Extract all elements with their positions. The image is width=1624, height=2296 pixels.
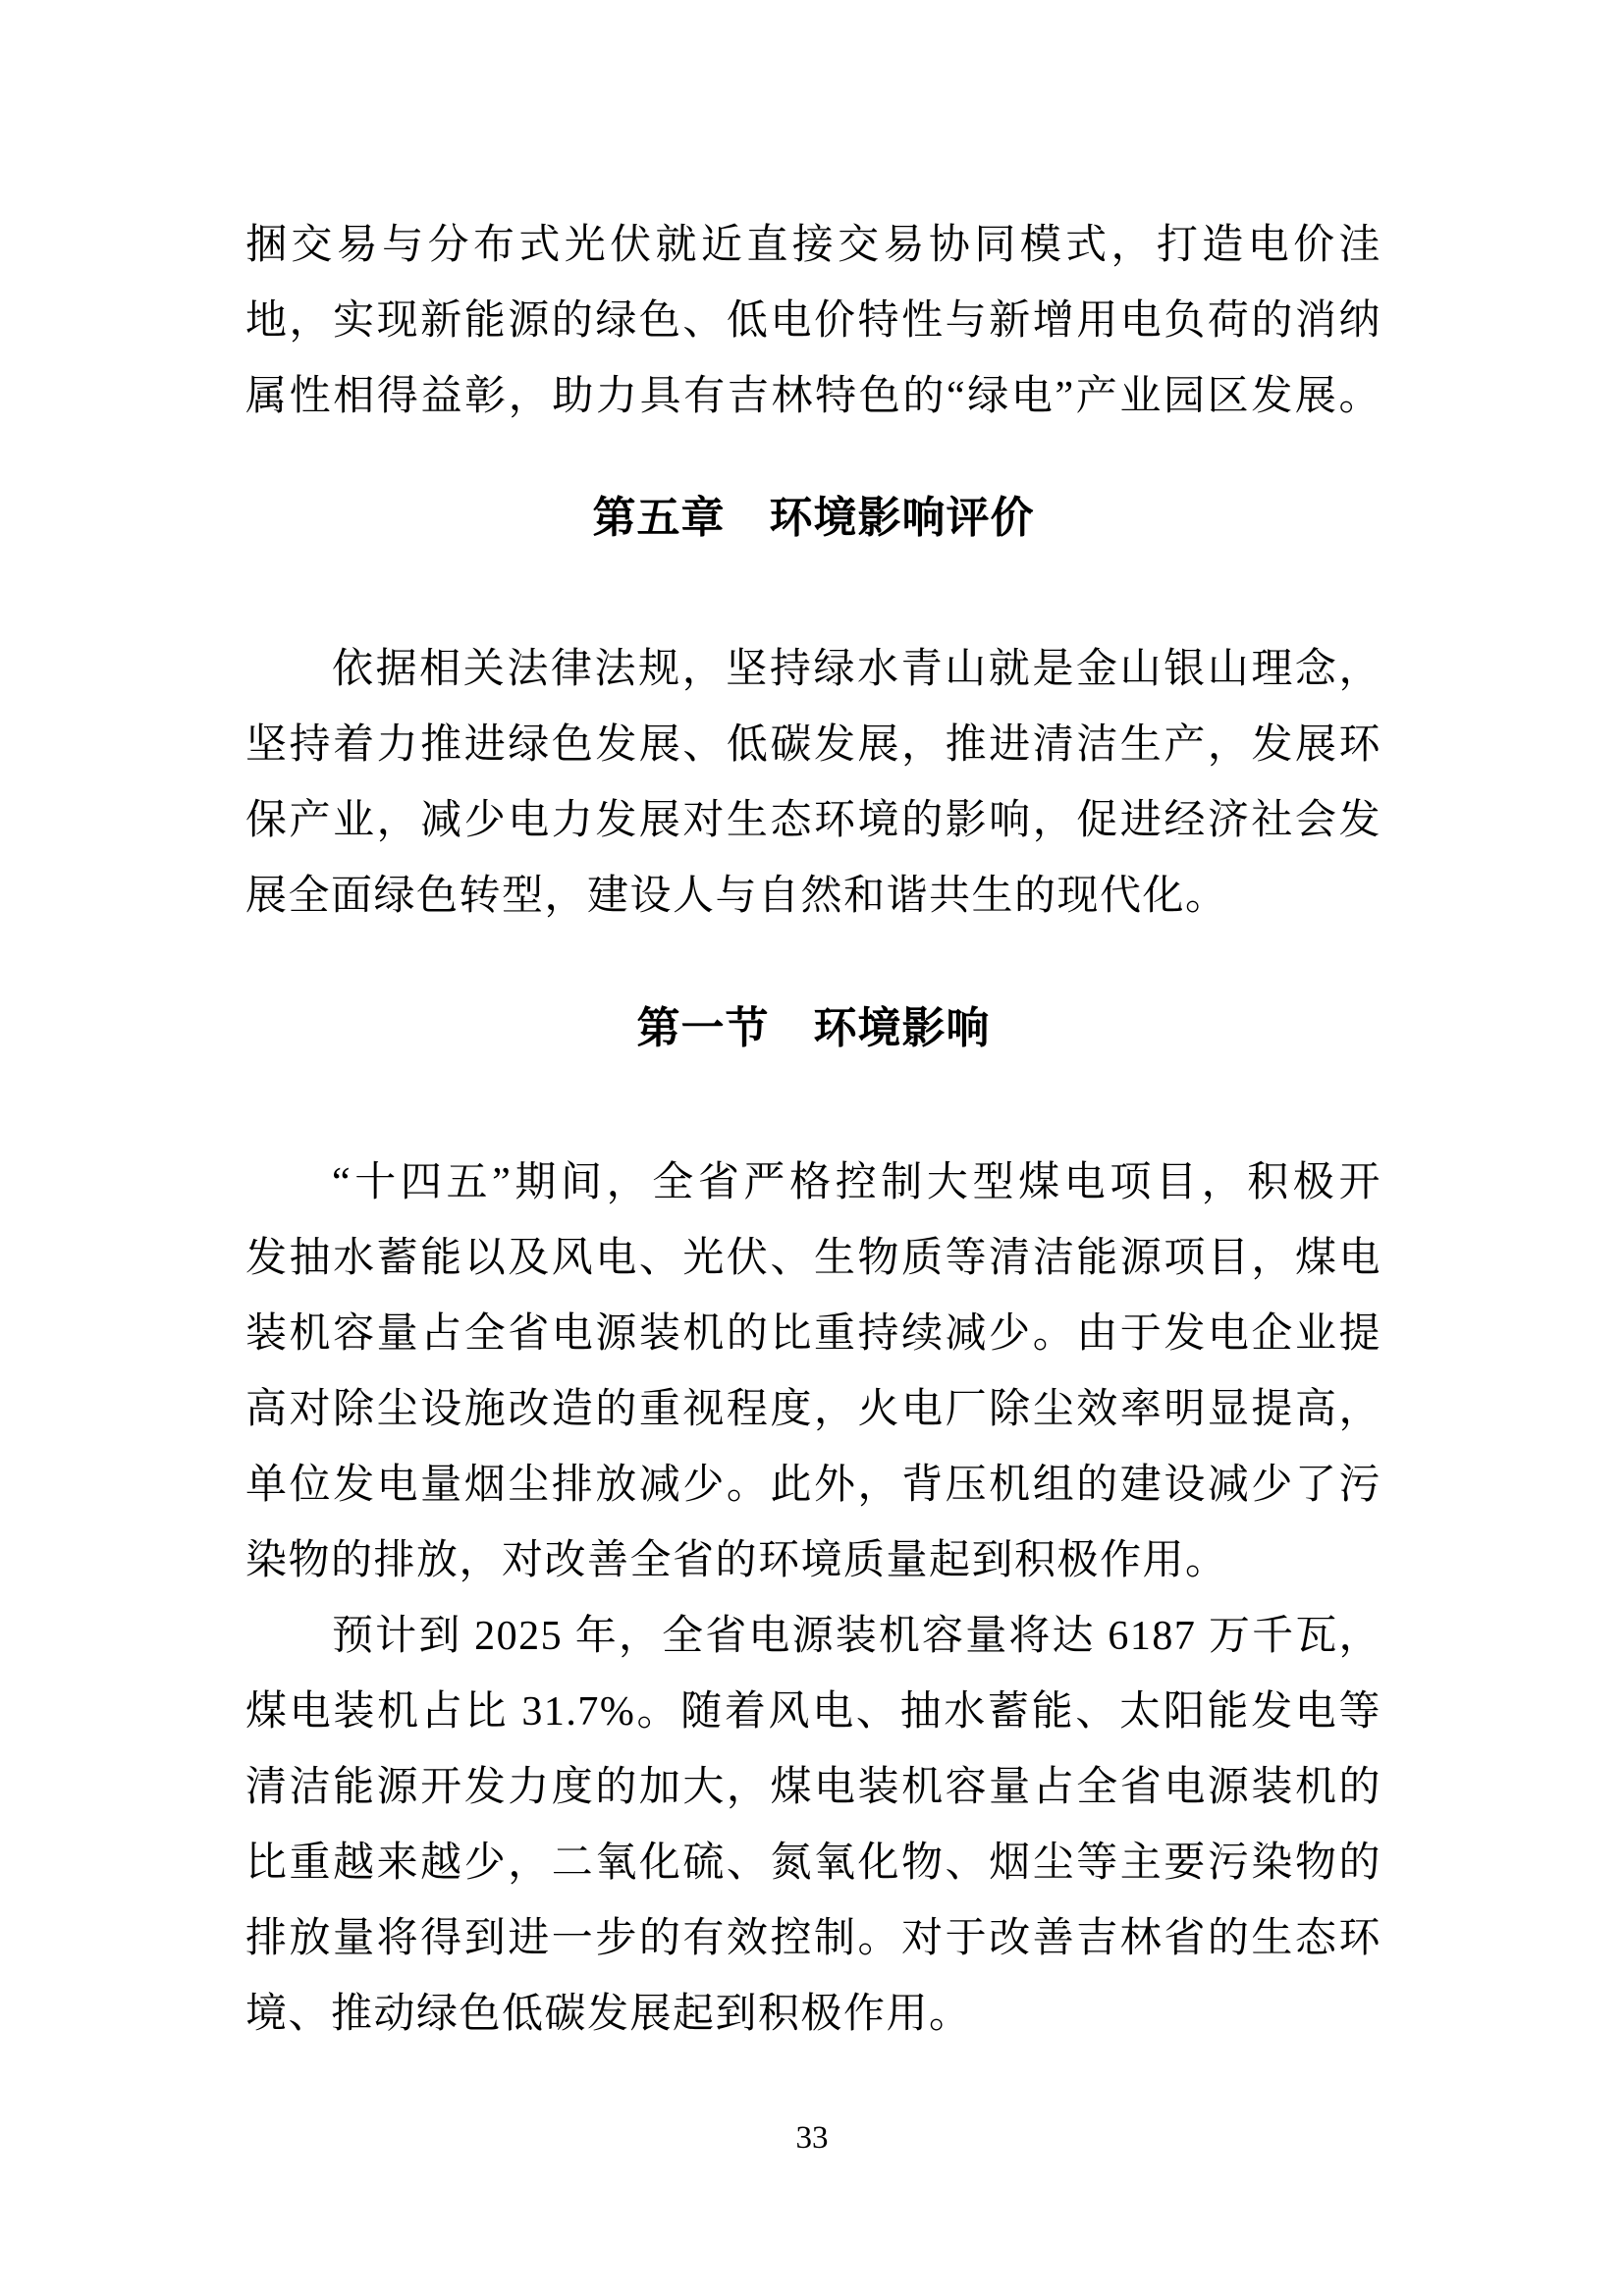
text-line: 染物的排放，对改善全省的环境质量起到积极作用。 (245, 1523, 1381, 1599)
text-line: 捆交易与分布式光伏就近直接交易协同模式，打造电价洼 (245, 208, 1381, 284)
section-heading: 第一节 环境影响 (245, 990, 1381, 1066)
text-line: 展全面绿色转型，建设人与自然和谐共生的现代化。 (245, 859, 1381, 934)
text-line: “十四五”期间，全省严格控制大型煤电项目，积极开 (245, 1146, 1381, 1221)
chapter-heading: 第五章 环境影响评价 (245, 480, 1381, 556)
text-line: 保产业，减少电力发展对生态环境的影响，促进经济社会发 (245, 783, 1381, 859)
text-line: 预计到 2025 年，全省电源装机容量将达 6187 万千瓦， (245, 1599, 1381, 1675)
document-page: 捆交易与分布式光伏就近直接交易协同模式，打造电价洼 地，实现新能源的绿色、低电价… (0, 0, 1624, 2296)
text-line: 发抽水蓄能以及风电、光伏、生物质等清洁能源项目，煤电 (245, 1221, 1381, 1297)
text-line: 单位发电量烟尘排放减少。此外，背压机组的建设减少了污 (245, 1448, 1381, 1523)
text-line: 坚持着力推进绿色发展、低碳发展，推进清洁生产，发展环 (245, 708, 1381, 783)
text-line: 比重越来越少，二氧化硫、氮氧化物、烟尘等主要污染物的 (245, 1826, 1381, 1901)
text-line: 煤电装机占比 31.7%。随着风电、抽水蓄能、太阳能发电等 (245, 1675, 1381, 1750)
text-line: 境、推动绿色低碳发展起到积极作用。 (245, 1977, 1381, 2053)
text-line: 清洁能源开发力度的加大，煤电装机容量占全省电源装机的 (245, 1750, 1381, 1826)
document-body: 捆交易与分布式光伏就近直接交易协同模式，打造电价洼 地，实现新能源的绿色、低电价… (245, 0, 1381, 2053)
text-line: 依据相关法律法规，坚持绿水青山就是金山银山理念， (245, 632, 1381, 708)
text-line: 地，实现新能源的绿色、低电价特性与新增用电负荷的消纳 (245, 284, 1381, 359)
text-line: 高对除尘设施改造的重视程度，火电厂除尘效率明显提高， (245, 1372, 1381, 1448)
text-line: 属性相得益彰，助力具有吉林特色的“绿电”产业园区发展。 (245, 359, 1381, 435)
text-line: 排放量将得到进一步的有效控制。对于改善吉林省的生态环 (245, 1901, 1381, 1977)
text-line: 装机容量占全省电源装机的比重持续减少。由于发电企业提 (245, 1297, 1381, 1372)
page-number: 33 (0, 2118, 1624, 2158)
